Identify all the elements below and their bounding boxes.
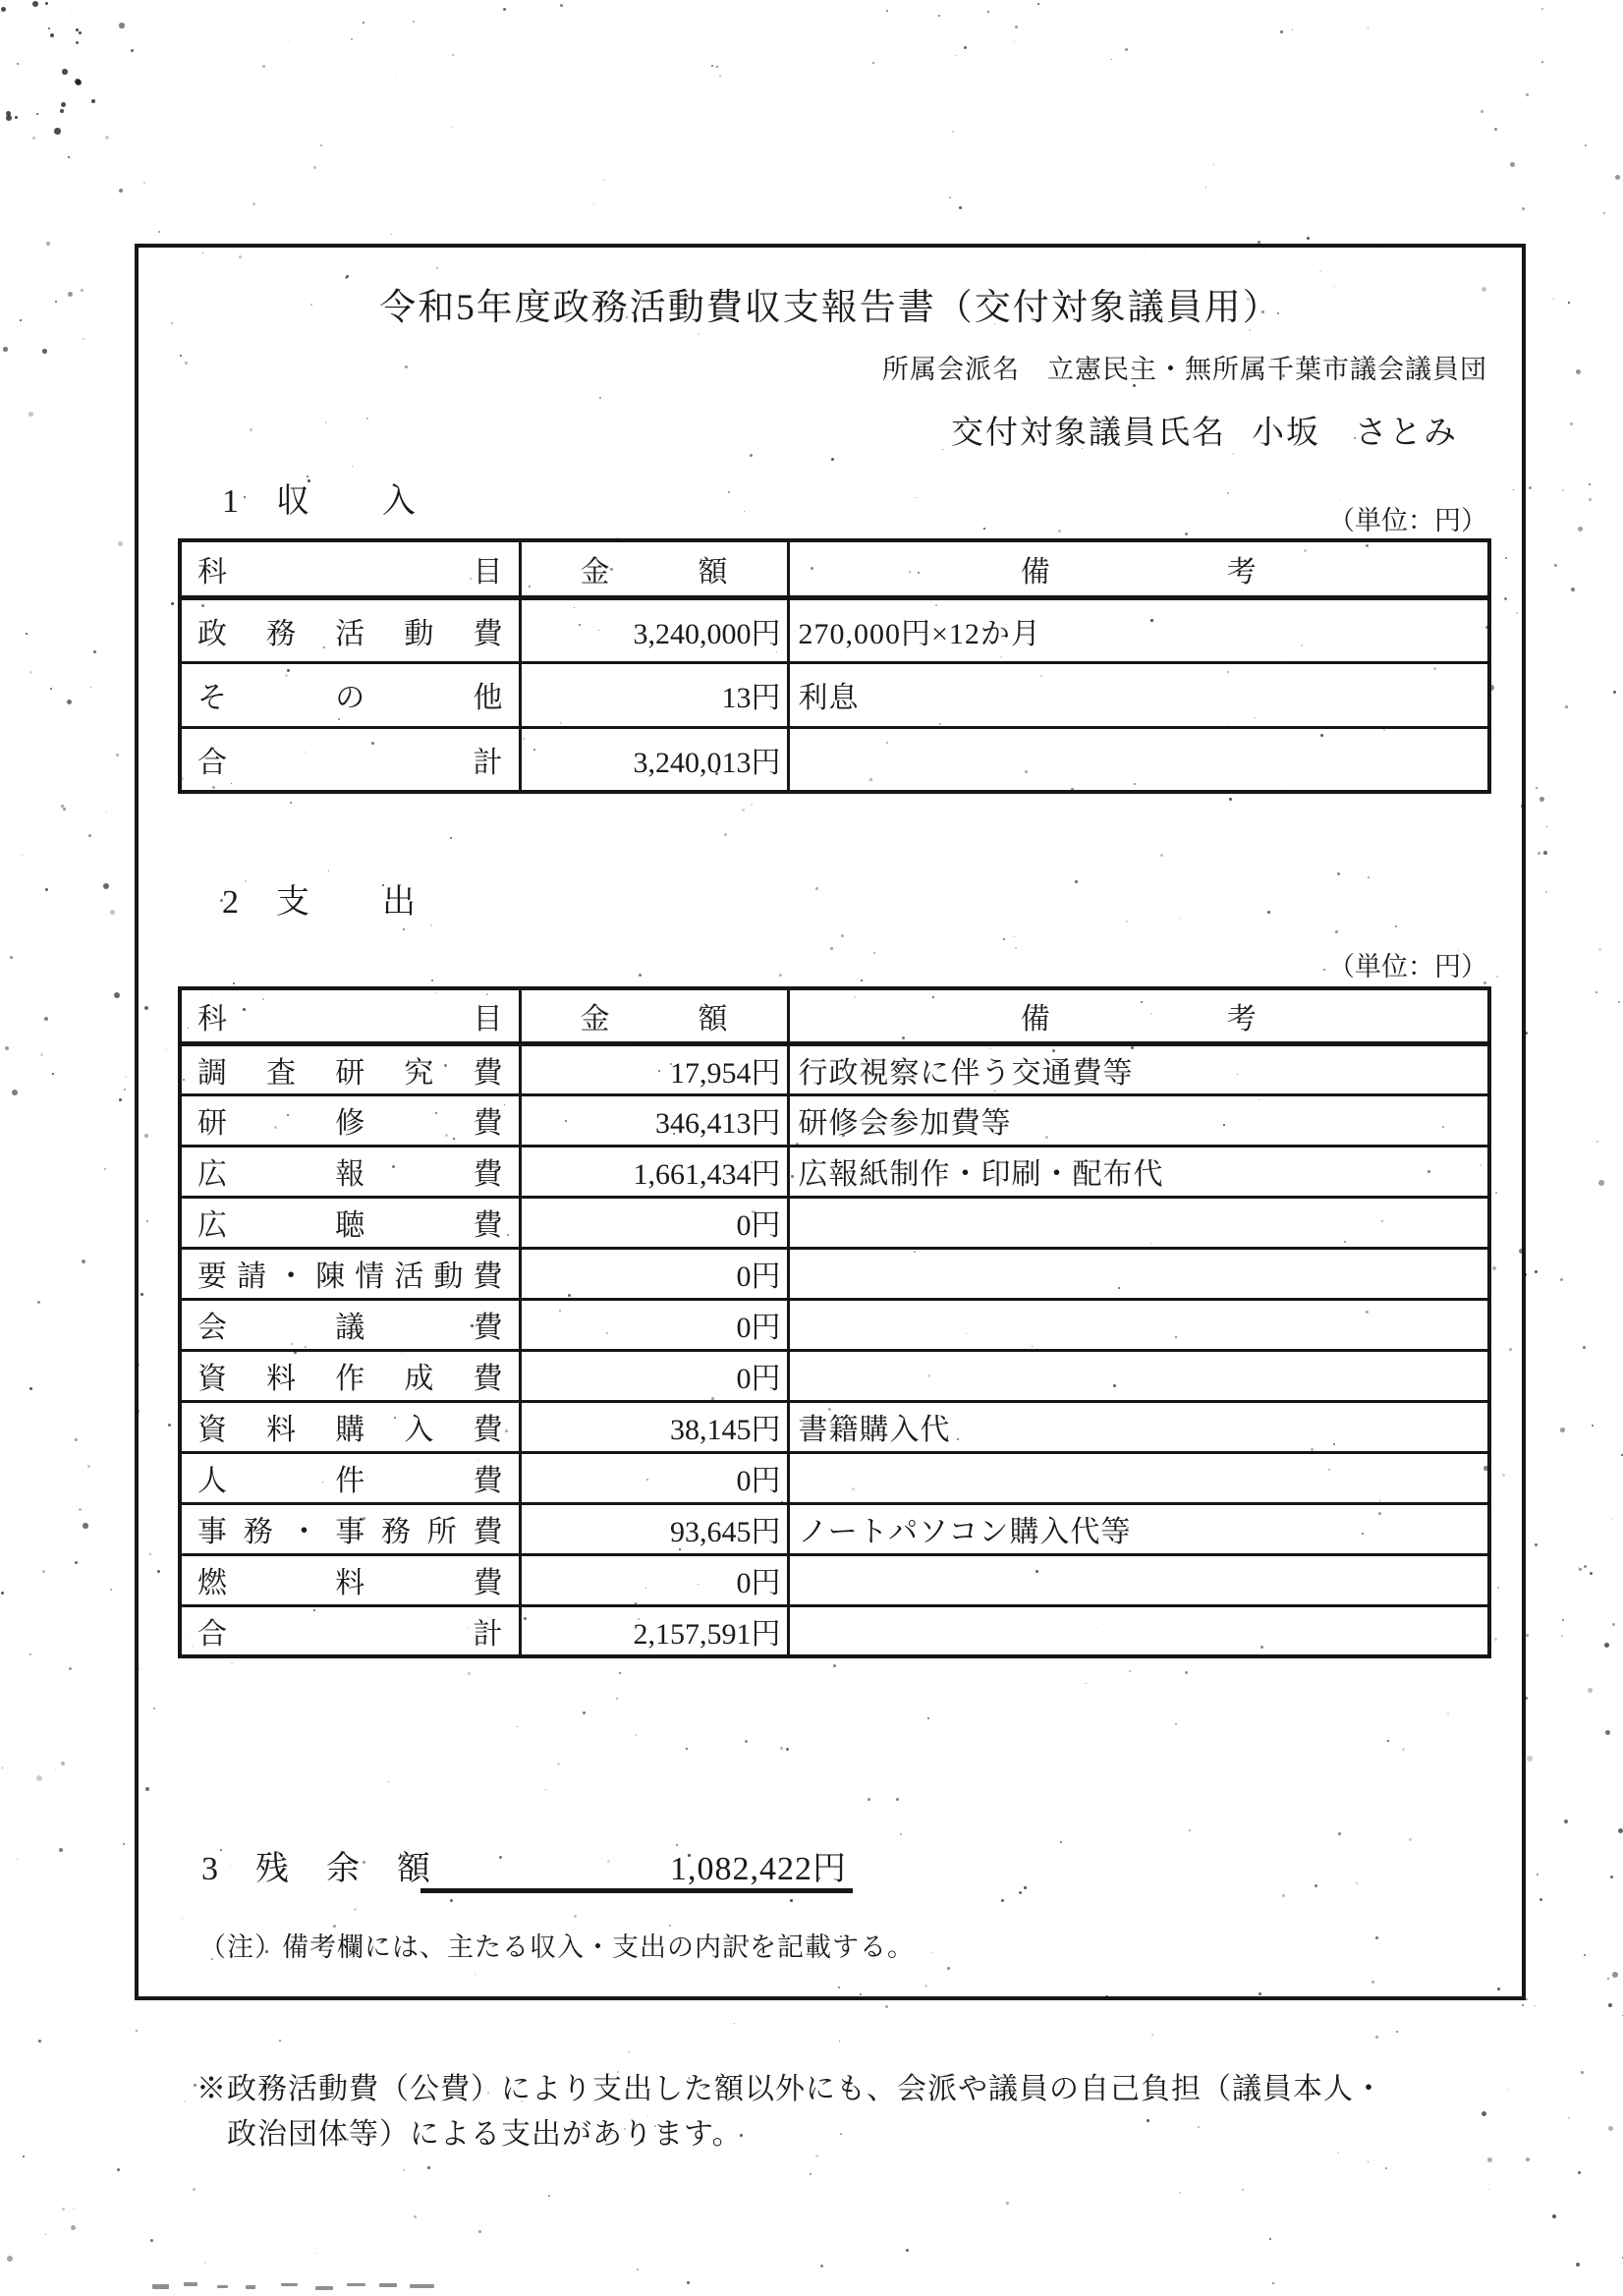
expense-amount-cell: 0円 [520, 1299, 788, 1350]
balance-amount: 1,082,422円 [531, 1841, 847, 1889]
balance-heading: 3 残 余 額 [201, 1841, 432, 1889]
faction-name: 立憲民主・無所属千葉市議会議員団 [1047, 355, 1487, 384]
income-header-row: 科 目 金 額 備 考 [180, 540, 1489, 597]
expense-item-cell: 要請・陳情活動費 [180, 1248, 520, 1299]
expense-amount-cell: 0円 [520, 1350, 788, 1401]
income-table: 科 目 金 額 備 考 政 務 活 動 費 3,240,000円 270,000… [178, 538, 1491, 794]
table-row: 人 件 費 0円 [180, 1452, 1489, 1503]
expense-note-cell [788, 1452, 1489, 1503]
table-row: 合 計 3,240,013円 [180, 727, 1489, 792]
expense-amount-cell: 0円 [520, 1248, 788, 1299]
expense-item-cell: 燃 料 費 [180, 1554, 520, 1605]
table-row: そ の 他 13円 利息 [180, 662, 1489, 727]
expense-item-cell: 研 修 費 [180, 1094, 520, 1146]
income-item-cell: 合 計 [180, 727, 520, 792]
income-amount-cell: 3,240,013円 [520, 727, 788, 792]
expense-table: 科 目 金 額 備 考 調 査 研 究 費 17,954円 行政視察に伴う交通費… [178, 986, 1491, 1658]
expense-amount-cell: 93,645円 [520, 1503, 788, 1554]
expense-header-row: 科 目 金 額 備 考 [180, 988, 1489, 1043]
expense-amount-cell: 0円 [520, 1197, 788, 1248]
table-row: 会 議 費 0円 [180, 1299, 1489, 1350]
expense-item-cell: 合 計 [180, 1605, 520, 1656]
table-row: 資 料 購 入 費 38,145円 書籍購入代 [180, 1401, 1489, 1452]
expense-amount-cell: 2,157,591円 [520, 1605, 788, 1656]
footnote-line2: 政治団体等）による支出があります。 [227, 2112, 1384, 2157]
income-col-item: 科 目 [180, 540, 520, 597]
expense-item-cell: 広 聴 費 [180, 1197, 520, 1248]
member-label: 交付対象議員氏名 [951, 416, 1226, 451]
table-row: 燃 料 費 0円 [180, 1554, 1489, 1605]
expense-amount-cell: 38,145円 [520, 1401, 788, 1452]
table-row: 研 修 費 346,413円 研修会参加費等 [180, 1094, 1489, 1146]
expense-item-cell: 資 料 購 入 費 [180, 1401, 520, 1452]
expense-item-cell: 会 議 費 [180, 1299, 520, 1350]
expense-note-cell [788, 1299, 1489, 1350]
faction-line: 所属会派名立憲民主・無所属千葉市議会議員団 [882, 348, 1487, 386]
expense-amount-cell: 1,661,434円 [520, 1146, 788, 1197]
expense-item-cell: 調 査 研 究 費 [180, 1043, 520, 1094]
footnote-line1: ※政務活動費（公費）により支出した額以外にも、会派や議員の自己負担（議員本人・ [196, 2067, 1384, 2112]
member-name: 小坂 さとみ [1252, 416, 1458, 451]
member-line: 交付対象議員氏名小坂 さとみ [951, 407, 1458, 453]
income-section-heading: 1 収 入 [222, 474, 418, 522]
expense-amount-cell: 0円 [520, 1554, 788, 1605]
expense-item-cell: 広 報 費 [180, 1146, 520, 1197]
expense-note-cell [788, 1248, 1489, 1299]
expense-note-cell: 行政視察に伴う交通費等 [788, 1043, 1489, 1094]
balance-underline [420, 1888, 853, 1893]
income-note-cell [788, 727, 1489, 792]
expense-col-amount: 金 額 [520, 988, 788, 1043]
expense-col-item: 科 目 [180, 988, 520, 1043]
income-unit-label: （単位：円） [1328, 499, 1487, 537]
expense-note-cell [788, 1197, 1489, 1248]
table-row: 広 報 費 1,661,434円 広報紙制作・印刷・配布代 [180, 1146, 1489, 1197]
expense-note-cell: 研修会参加費等 [788, 1094, 1489, 1146]
income-col-amount: 金 額 [520, 540, 788, 597]
income-amount-cell: 3,240,000円 [520, 597, 788, 662]
income-note-cell: 利息 [788, 662, 1489, 727]
expense-section-heading: 2 支 出 [222, 874, 418, 923]
report-title: 令和5年度政務活動費収支報告書（交付対象議員用） [135, 277, 1526, 330]
expense-note-cell [788, 1605, 1489, 1656]
expense-note-cell: ノートパソコン購入代等 [788, 1503, 1489, 1554]
income-item-cell: 政 務 活 動 費 [180, 597, 520, 662]
expense-note-cell [788, 1350, 1489, 1401]
table-row: 広 聴 費 0円 [180, 1197, 1489, 1248]
income-amount-cell: 13円 [520, 662, 788, 727]
income-note-cell: 270,000円×12か月 [788, 597, 1489, 662]
faction-label: 所属会派名 [882, 355, 1020, 384]
expense-note-cell: 書籍購入代 [788, 1401, 1489, 1452]
expense-note-cell [788, 1554, 1489, 1605]
expense-note-cell: 広報紙制作・印刷・配布代 [788, 1146, 1489, 1197]
remarks-note: （注）備考欄には、主たる収入・支出の内訳を記載する。 [199, 1926, 915, 1964]
table-row: 資 料 作 成 費 0円 [180, 1350, 1489, 1401]
table-row: 要請・陳情活動費 0円 [180, 1248, 1489, 1299]
expense-unit-label: （単位：円） [1328, 945, 1487, 983]
income-item-cell: そ の 他 [180, 662, 520, 727]
expense-amount-cell: 0円 [520, 1452, 788, 1503]
self-payment-footnote: ※政務活動費（公費）により支出した額以外にも、会派や議員の自己負担（議員本人・ … [196, 2067, 1384, 2157]
income-col-note: 備 考 [788, 540, 1489, 597]
table-row: 事務・事務所費 93,645円 ノートパソコン購入代等 [180, 1503, 1489, 1554]
expense-col-note: 備 考 [788, 988, 1489, 1043]
expense-amount-cell: 346,413円 [520, 1094, 788, 1146]
expense-item-cell: 資 料 作 成 費 [180, 1350, 520, 1401]
table-row: 合 計 2,157,591円 [180, 1605, 1489, 1656]
expense-item-cell: 人 件 費 [180, 1452, 520, 1503]
expense-item-cell: 事務・事務所費 [180, 1503, 520, 1554]
table-row: 政 務 活 動 費 3,240,000円 270,000円×12か月 [180, 597, 1489, 662]
expense-amount-cell: 17,954円 [520, 1043, 788, 1094]
table-row: 調 査 研 究 費 17,954円 行政視察に伴う交通費等 [180, 1043, 1489, 1094]
